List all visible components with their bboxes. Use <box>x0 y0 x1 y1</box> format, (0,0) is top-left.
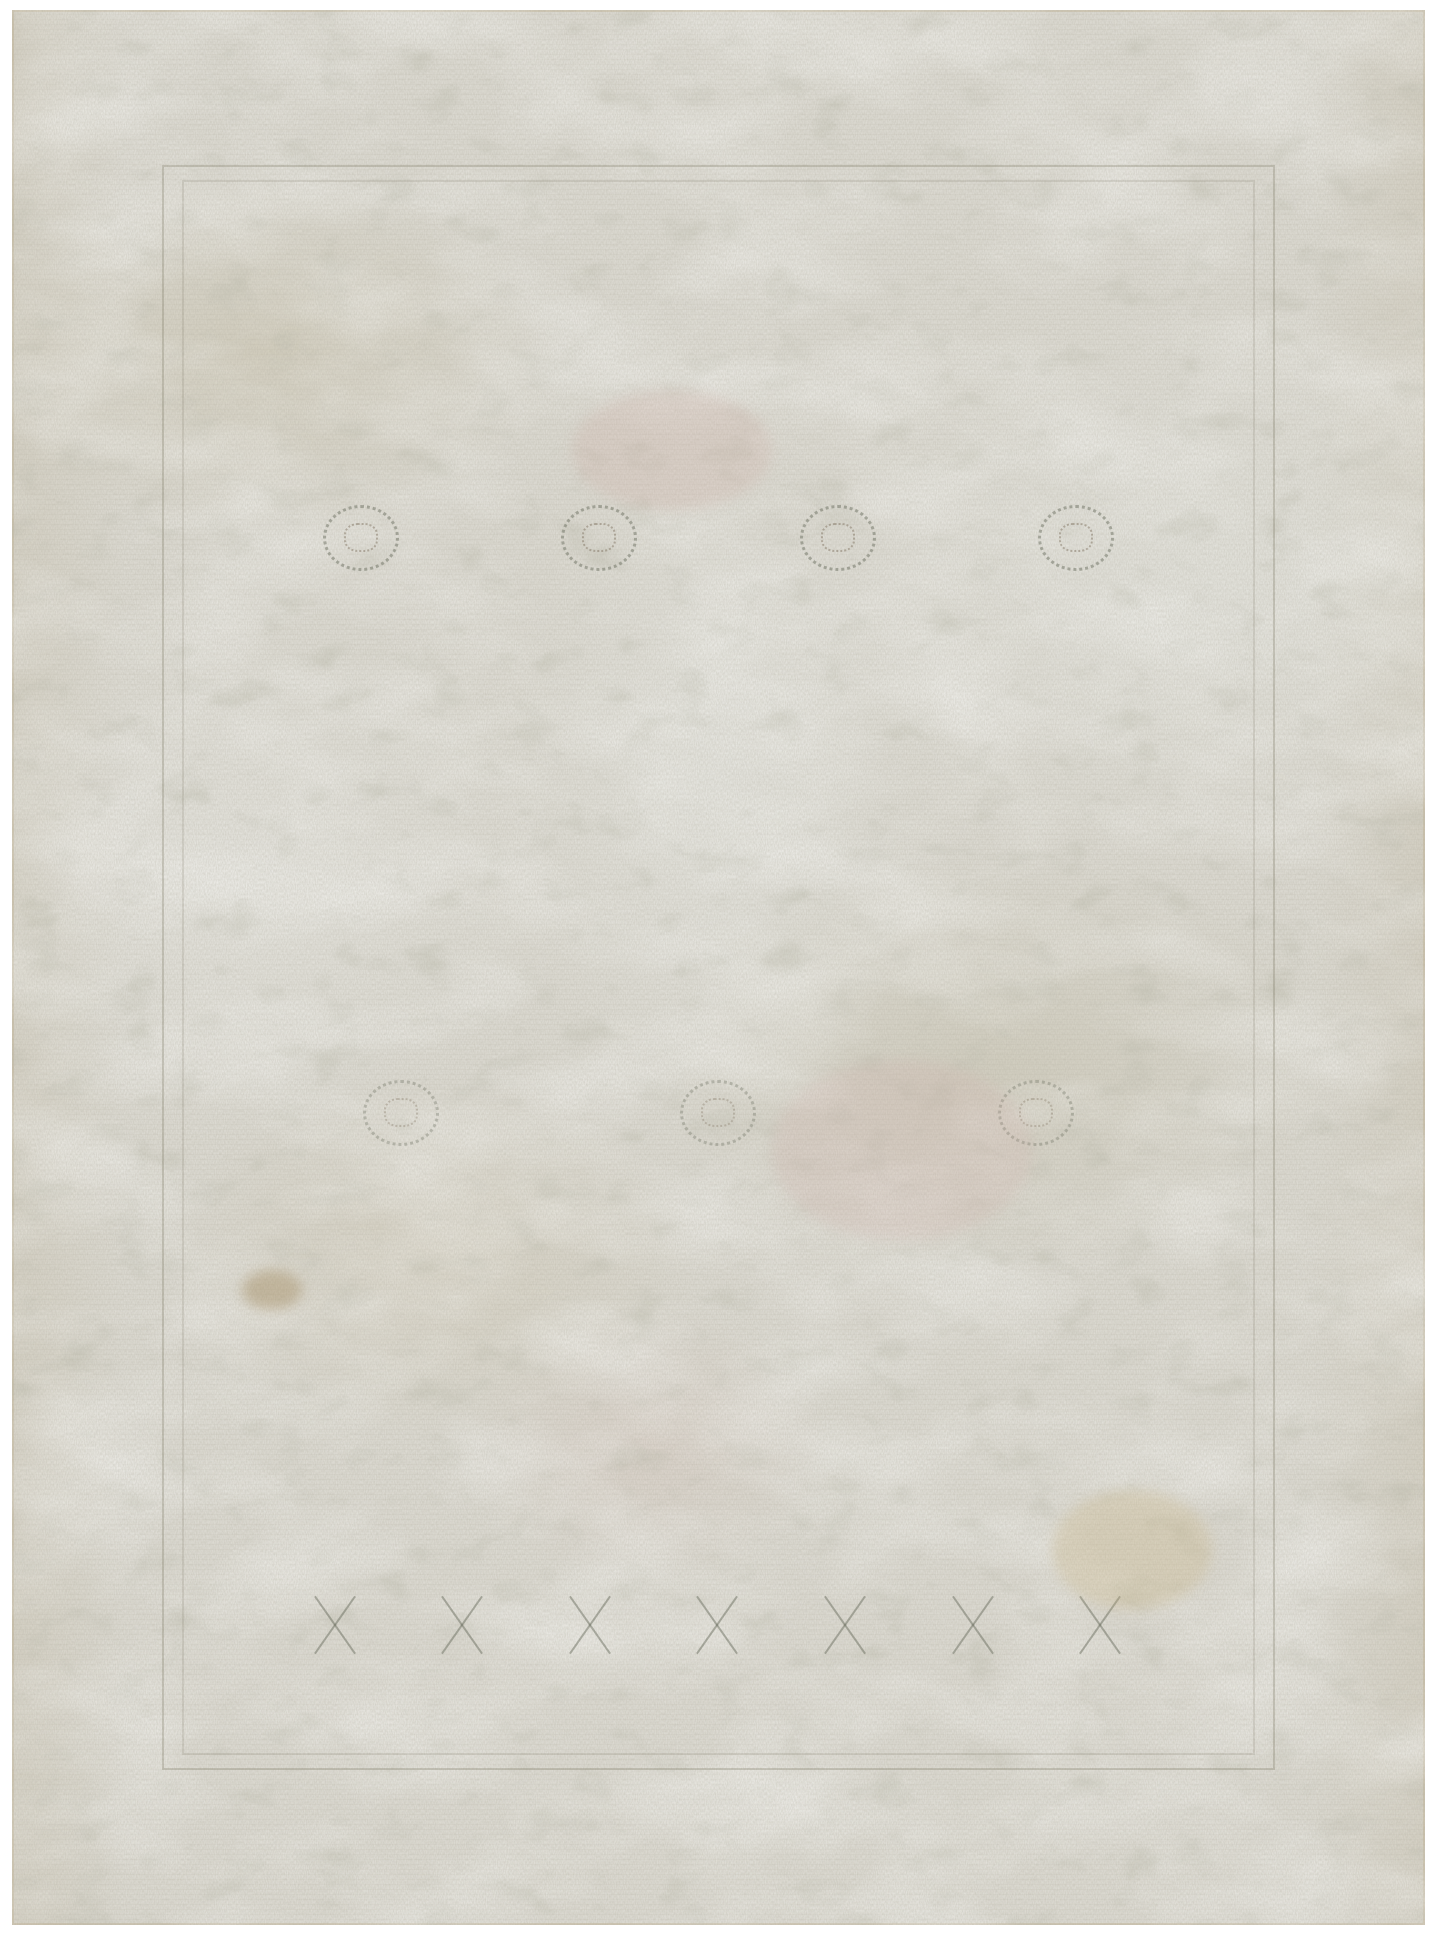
floral-motif <box>363 1080 439 1146</box>
floral-motif <box>1038 505 1114 571</box>
rose-patch <box>772 1060 1032 1240</box>
floral-motif <box>800 505 876 571</box>
vine-motif <box>561 1590 621 1660</box>
vine-motif <box>688 1590 748 1660</box>
floral-motif <box>680 1080 756 1146</box>
vine-motif <box>944 1590 1004 1660</box>
vine-motif <box>816 1590 876 1660</box>
lower-border-band <box>272 1590 1165 1660</box>
field-motif-row-middle <box>242 1080 1195 1146</box>
rug <box>12 10 1425 1925</box>
rose-patch <box>572 390 772 510</box>
vine-motif <box>306 1590 366 1660</box>
vine-motif <box>433 1590 493 1660</box>
field-motif-row-top <box>242 505 1195 571</box>
floral-motif <box>561 505 637 571</box>
rust-stain <box>242 1270 302 1310</box>
floral-motif <box>323 505 399 571</box>
sand-patch <box>1052 1490 1212 1610</box>
